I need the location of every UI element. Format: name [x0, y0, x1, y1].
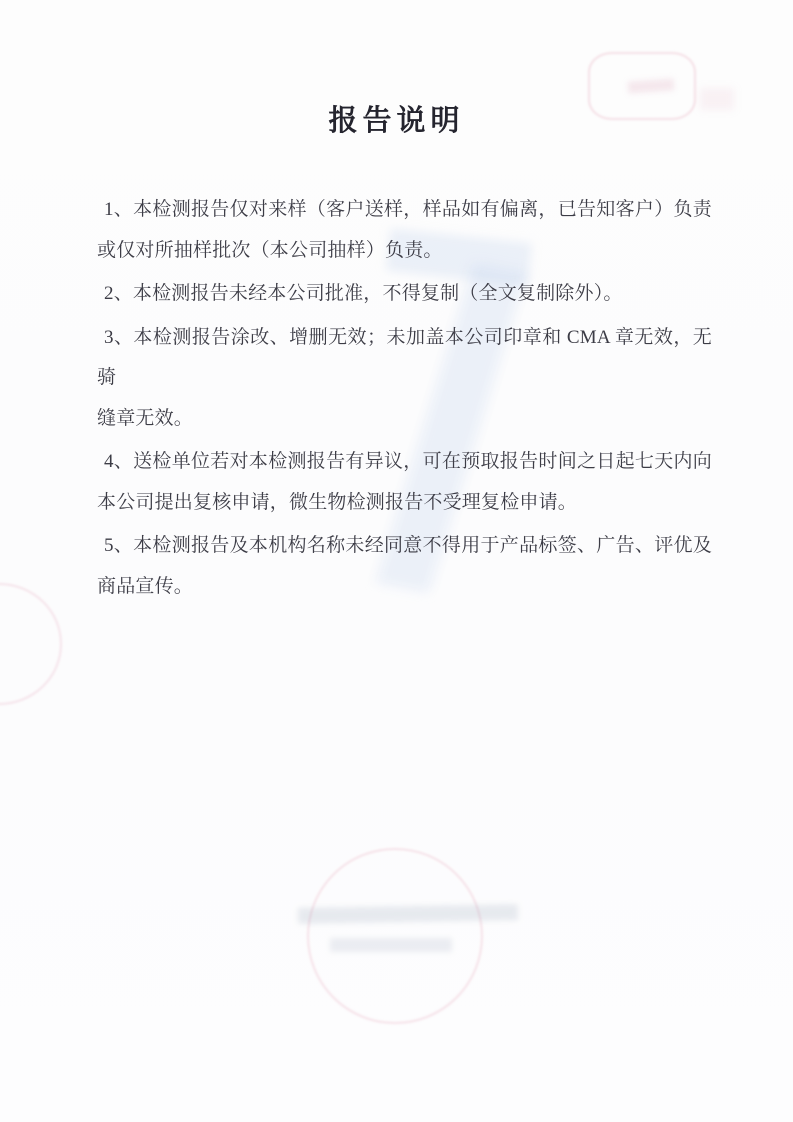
note-item-4: 4、送检单位若对本检测报告有异议，可在预取报告时间之日起七天内向 本公司提出复核…	[97, 442, 712, 523]
note-line: 2、本检测报告未经本公司批准，不得复制（全文复制除外）。	[97, 274, 712, 315]
note-line: 1、本检测报告仅对来样（客户送样，样品如有偏离，已告知客户）负责	[97, 190, 712, 231]
note-line: 3、本检测报告涂改、增删无效；未加盖本公司印章和 CMA 章无效，无骑	[97, 318, 712, 399]
note-item-1: 1、本检测报告仅对来样（客户送样，样品如有偏离，已告知客户）负责 或仅对所抽样批…	[97, 190, 712, 271]
note-line: 5、本检测报告及本机构名称未经同意不得用于产品标签、广告、评优及	[97, 526, 712, 567]
note-line: 商品宣传。	[97, 567, 712, 608]
scanned-report-page: 报告说明 1、本检测报告仅对来样（客户送样，样品如有偏离，已告知客户）负责 或仅…	[0, 0, 793, 1122]
note-line: 4、送检单位若对本检测报告有异议，可在预取报告时间之日起七天内向	[97, 442, 712, 483]
note-item-5: 5、本检测报告及本机构名称未经同意不得用于产品标签、广告、评优及 商品宣传。	[97, 526, 712, 607]
stamp-bleedthrough-bottom-circle	[307, 848, 483, 1024]
stamp-bleedthrough-bottom-text-smudge	[298, 904, 518, 924]
notes-list: 1、本检测报告仅对来样（客户送样，样品如有偏离，已告知客户）负责 或仅对所抽样批…	[97, 190, 712, 607]
stamp-bleedthrough-left-edge-arc	[0, 583, 62, 705]
page-title: 报告说明	[0, 0, 793, 139]
note-item-3: 3、本检测报告涂改、增删无效；未加盖本公司印章和 CMA 章无效，无骑 缝章无效…	[97, 318, 712, 440]
note-item-2: 2、本检测报告未经本公司批准，不得复制（全文复制除外）。	[97, 274, 712, 315]
stamp-bleedthrough-bottom-text-smudge	[330, 938, 452, 952]
note-line: 本公司提出复核申请，微生物检测报告不受理复检申请。	[97, 483, 712, 524]
note-line: 缝章无效。	[97, 399, 712, 440]
note-line: 或仅对所抽样批次（本公司抽样）负责。	[97, 231, 712, 272]
